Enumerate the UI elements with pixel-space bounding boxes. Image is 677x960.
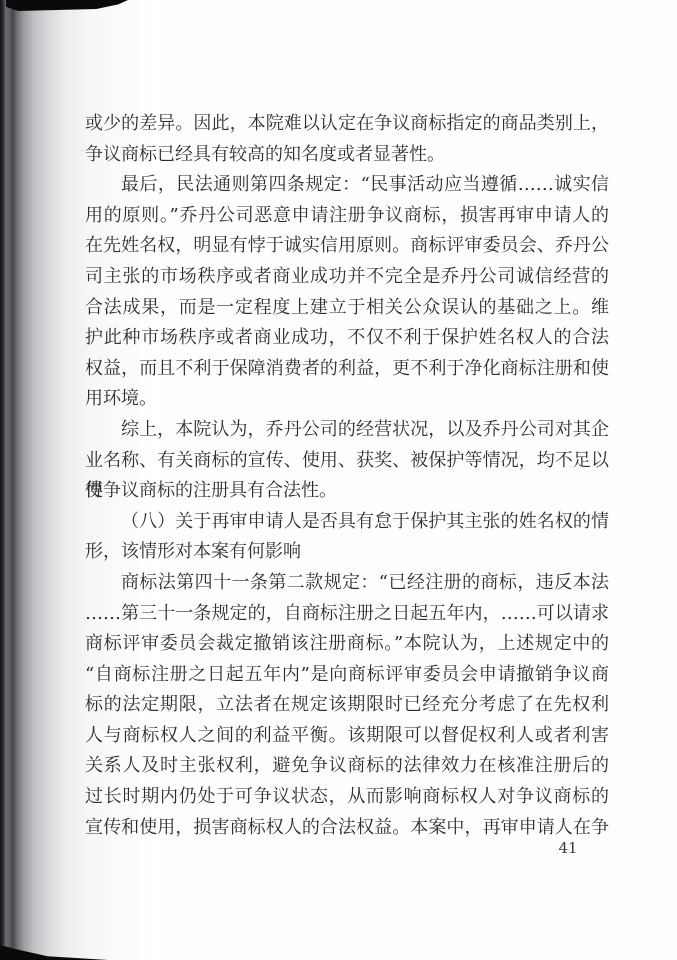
text-line: 在先姓名权，明显有悖于诚实信用原则。商标评审委员会、乔丹公 bbox=[85, 231, 609, 262]
text-line: 权益，而且不利于保障消费者的利益，更不利于净化商标注册和使 bbox=[85, 354, 609, 385]
text-line: “自商标注册之日起五年内”是向商标评审委员会申请撤销争议商 bbox=[85, 660, 609, 691]
text-line: 合法成果，而是一定程度上建立于相关公众误认的基础之上。维 bbox=[85, 293, 609, 324]
scanned-page: 或少的差异。因此，本院难以认定在争议商标指定的商品类别上，争议商标已经具有较高的… bbox=[0, 0, 677, 960]
text-line: 或少的差异。因此，本院难以认定在争议商标指定的商品类别上， bbox=[85, 109, 609, 140]
text-line: 司主张的市场秩序或者商业成功并不完全是乔丹公司诚信经营的 bbox=[85, 262, 609, 293]
text-line: ……第三十一条规定的，自商标注册之日起五年内，……可以请求 bbox=[85, 599, 609, 630]
text-line: 商标评审委员会裁定撤销该注册商标。”本院认为，上述规定中的 bbox=[85, 629, 609, 660]
text-line: 综上，本院认为，乔丹公司的经营状况，以及乔丹公司对其企 bbox=[85, 415, 609, 446]
text-line: 过长时期内仍处于可争议状态，从而影响商标权人对争议商标的 bbox=[85, 782, 609, 813]
document-text: 或少的差异。因此，本院难以认定在争议商标指定的商品类别上，争议商标已经具有较高的… bbox=[85, 109, 609, 843]
text-line: 得争议商标的注册具有合法性。 bbox=[85, 476, 609, 507]
text-line: 人与商标权人之间的利益平衡。该期限可以督促权利人或者利害 bbox=[85, 721, 609, 752]
text-line: 用的原则。”乔丹公司恶意申请注册争议商标，损害再审申请人的 bbox=[85, 201, 609, 232]
text-line: 商标法第四十一条第二款规定：“已经注册的商标，违反本法 bbox=[85, 568, 609, 599]
text-line: 标的法定期限，立法者在规定该期限时已经充分考虑了在先权利 bbox=[85, 690, 609, 721]
text-line: （八）关于再审申请人是否具有怠于保护其主张的姓名权的情 bbox=[85, 507, 609, 538]
text-line: 用环境。 bbox=[85, 384, 609, 415]
text-line: 争议商标已经具有较高的知名度或者显著性。 bbox=[85, 140, 609, 171]
text-line: 最后，民法通则第四条规定：“民事活动应当遵循……诚实信 bbox=[85, 170, 609, 201]
text-line: 形，该情形对本案有何影响 bbox=[85, 537, 609, 568]
text-line: 护此种市场秩序或者商业成功，不仅不利于保护姓名权人的合法 bbox=[85, 323, 609, 354]
page-number: 41 bbox=[548, 838, 588, 858]
text-line: 宣传和使用，损害商标权人的合法权益。本案中，再审申请人在争 bbox=[85, 813, 609, 844]
text-line: 关系人及时主张权利，避免争议商标的法律效力在核准注册后的 bbox=[85, 751, 609, 782]
text-line: 业名称、有关商标的宣传、使用、获奖、被保护等情况，均不足以使 bbox=[85, 446, 609, 477]
